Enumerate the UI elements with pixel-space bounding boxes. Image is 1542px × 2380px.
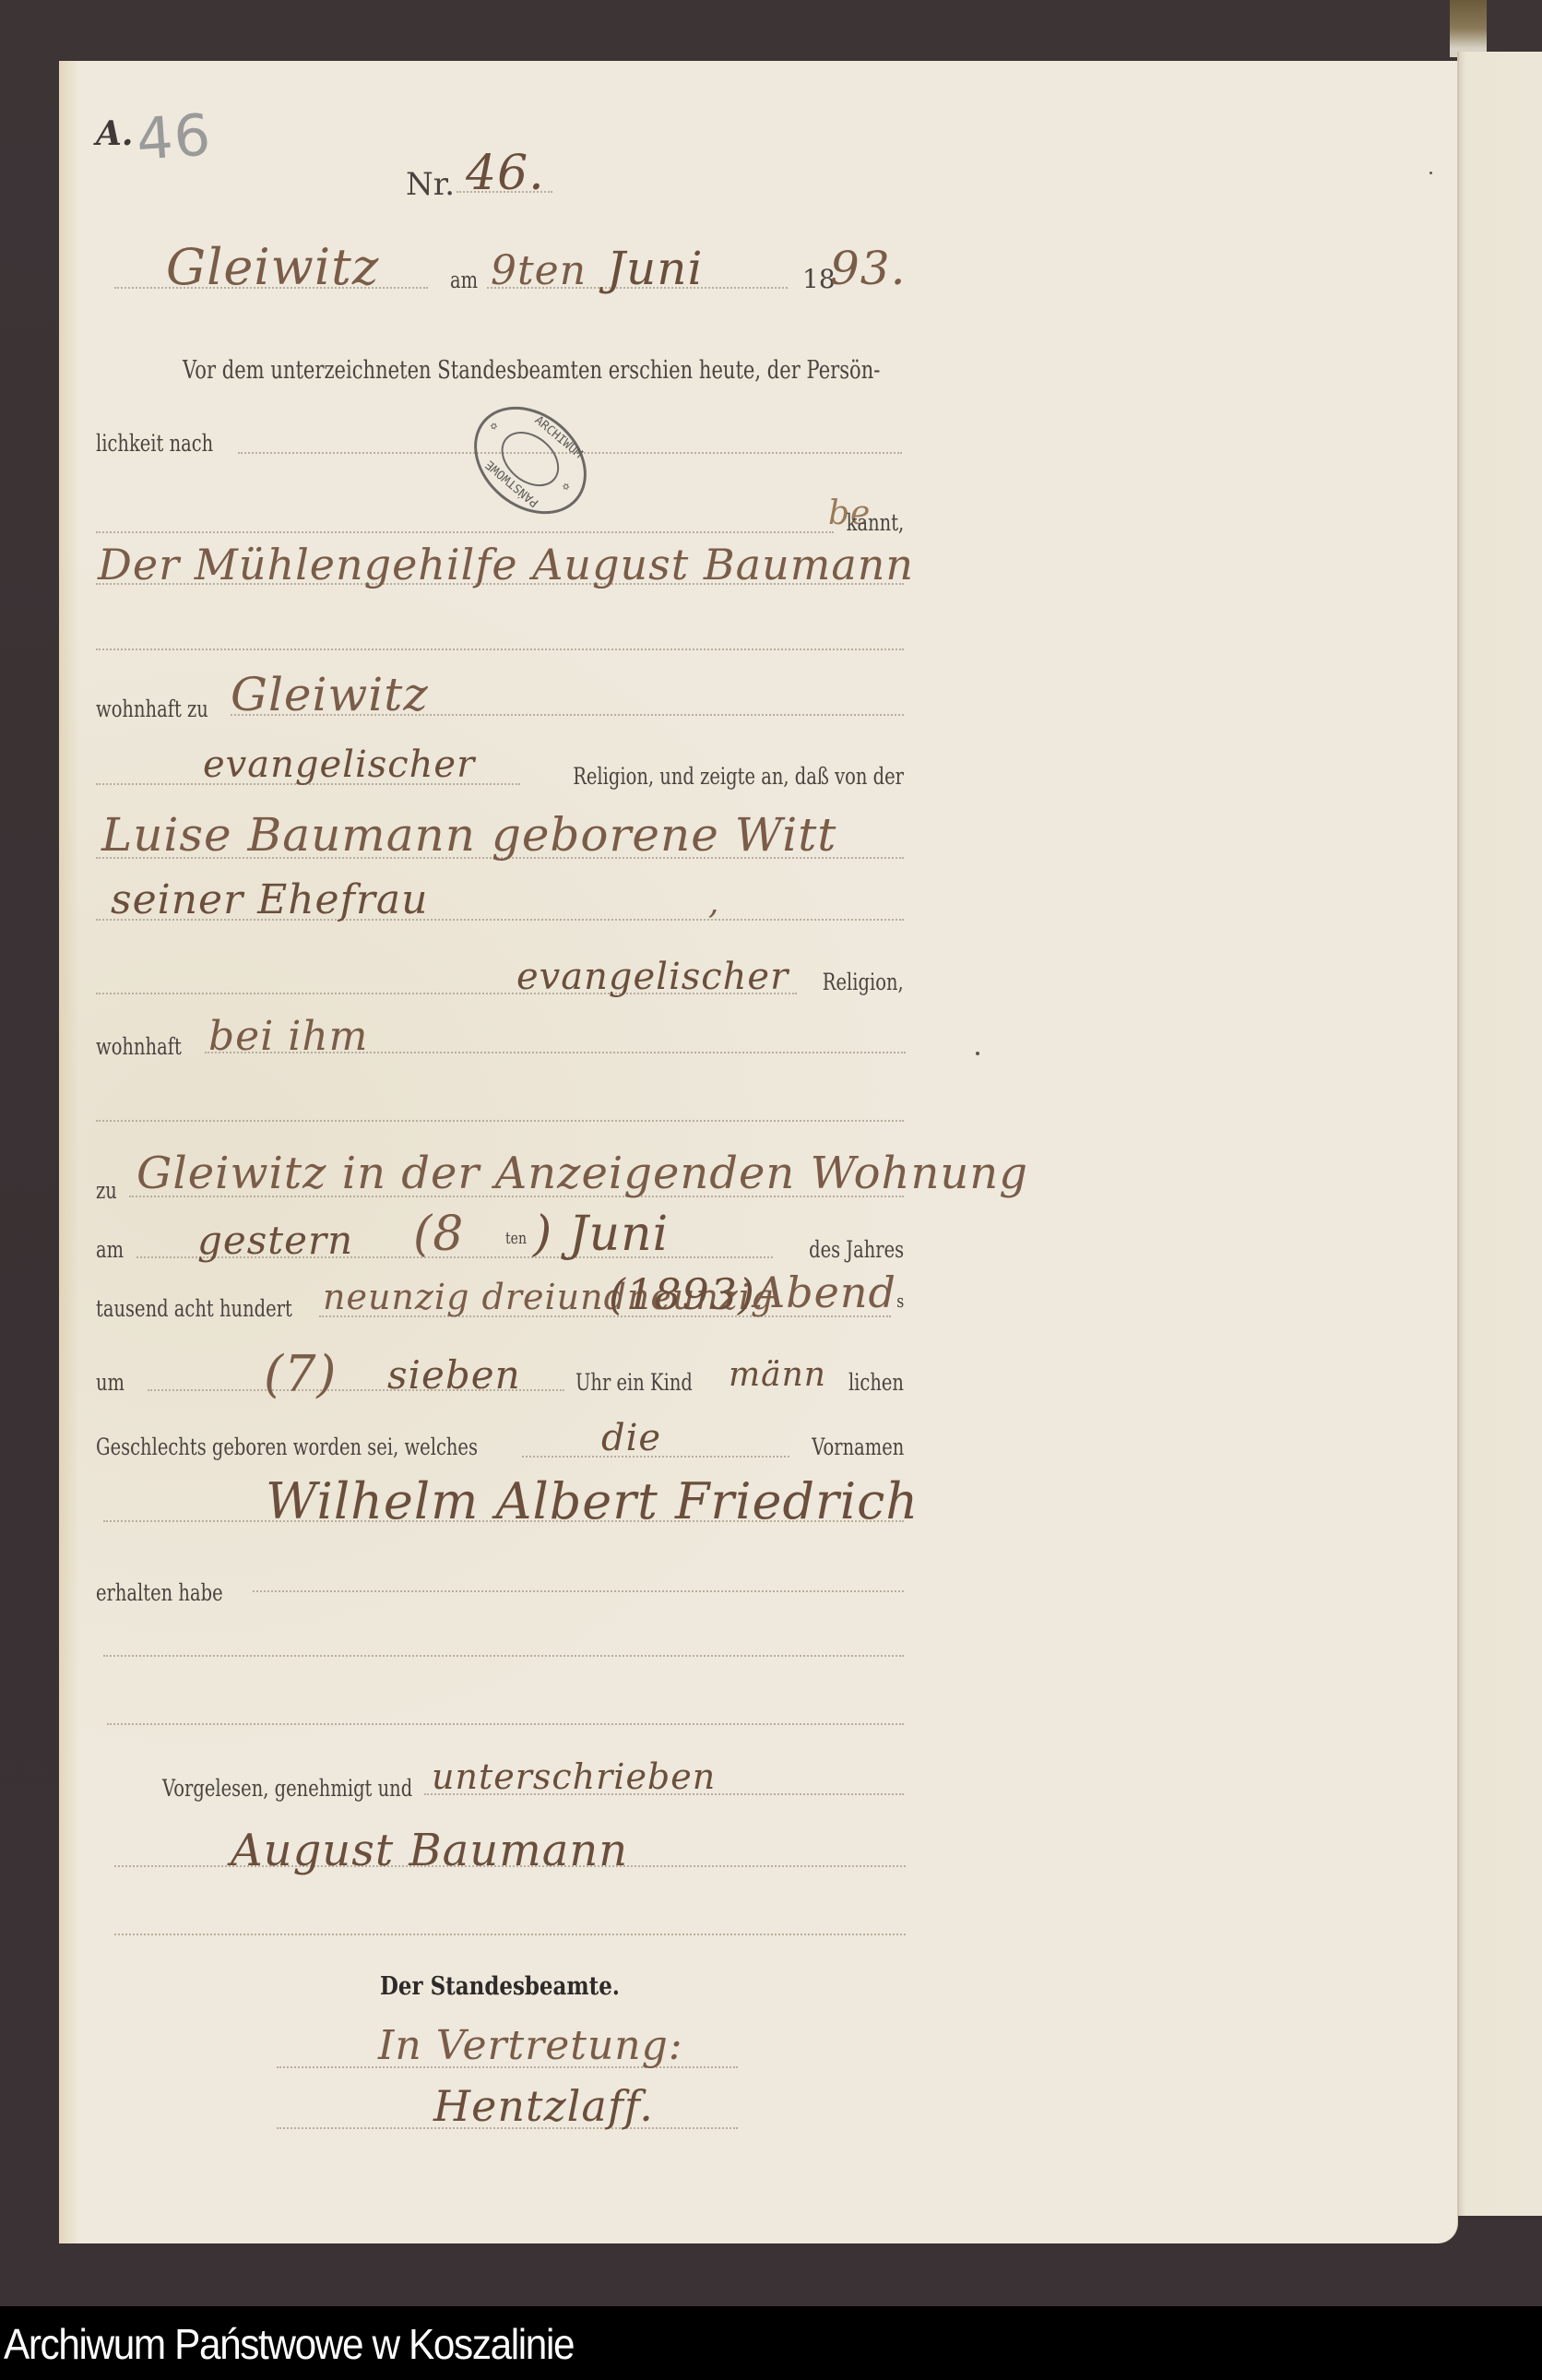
birth-place: Gleiwitz in der Anzeigenden Wohnung <box>136 1148 1028 1199</box>
um-label: um <box>96 1369 125 1396</box>
informant-signature: August Baumann <box>231 1825 628 1876</box>
blank-line <box>103 1655 904 1657</box>
am-label: am <box>96 1236 124 1263</box>
signed-word: unterschrieben <box>432 1756 716 1797</box>
uhr-ein-kind-label: Uhr ein Kind <box>575 1369 693 1396</box>
paper-speck <box>1429 172 1432 174</box>
mother-relation: seiner Ehefrau <box>111 876 428 923</box>
lichen-label: lichen <box>848 1369 904 1396</box>
record-number-line <box>457 191 552 193</box>
birth-day-word: gestern <box>197 1218 353 1263</box>
wohnhaft-zu-label: wohnhaft zu <box>96 696 208 722</box>
birth-hour-number: (7) <box>264 1345 338 1403</box>
stamp-star-icon: ✡ <box>486 419 501 434</box>
erkannt-suffix: kannt, <box>846 509 904 536</box>
lichkeit-nach-label: lichkeit nach <box>96 430 213 457</box>
tausend-label: tausend acht hundert <box>96 1295 292 1322</box>
given-names: Wilhelm Albert Friedrich <box>266 1472 919 1530</box>
intro-text: Vor dem unterzeichneten Standesbeamten e… <box>183 356 880 385</box>
registrar-line1: In Vertretung: <box>378 2022 683 2069</box>
archive-banner: Archiwum Państwowe w Koszalinie <box>0 2306 1542 2380</box>
archive-name: Archiwum Państwowe w Koszalinie <box>4 2319 574 2369</box>
blank-line <box>114 1934 906 1935</box>
mother-religion: evangelischer <box>516 956 789 998</box>
mother-comma: , <box>708 884 719 922</box>
mother-name: Luise Baumann geborene Witt <box>101 808 836 862</box>
blank-line <box>96 649 904 650</box>
geschlechts-label: Geschlechts geboren worden sei, welches <box>96 1434 478 1460</box>
birth-day-number: (8 <box>413 1207 464 1262</box>
erhalten-line <box>253 1590 904 1592</box>
date-day: 9ten <box>491 247 587 294</box>
vornamen-label: Vornamen <box>812 1434 904 1460</box>
blank-line <box>107 1723 904 1725</box>
des-jahres-label: des Jahres <box>809 1236 904 1263</box>
record-number-label: Nr. <box>406 166 455 203</box>
religion-label: Religion, <box>823 969 904 995</box>
wohnhaft-label: wohnhaft <box>96 1033 182 1060</box>
place-name: Gleiwitz <box>166 238 379 296</box>
mother-residence: bei ihm <box>208 1013 368 1060</box>
record-number: 46. <box>466 146 545 201</box>
registrar-title: Der Standesbeamte. <box>380 1972 620 2001</box>
erhalten-habe-label: erhalten habe <box>96 1579 223 1606</box>
erkannt-line <box>96 531 834 533</box>
stamp-star-icon: ✡ <box>558 480 573 495</box>
binding-thread <box>1450 0 1487 57</box>
birth-time-of-day: Abend <box>754 1267 896 1317</box>
form-letter: A. <box>96 114 133 153</box>
birth-year-number: (1893) <box>609 1269 755 1319</box>
name-pronoun: die <box>601 1417 661 1459</box>
year-suffix: 93. <box>830 242 907 295</box>
informant-religion: evangelischer <box>203 744 475 786</box>
pencil-page-number: 46 <box>135 101 214 173</box>
birth-day-suffix: ten <box>505 1229 527 1248</box>
birth-month: ) Juni <box>533 1207 669 1262</box>
informant-name: Der Mühlengehilfe August Baumann <box>98 540 914 589</box>
religion-zeigte-text: Religion, und zeigte an, daß von der <box>573 763 904 790</box>
vorgelesen-label: Vorgelesen, genehmigt und <box>162 1775 412 1802</box>
date-am-label: am <box>450 267 478 293</box>
date-month: Juni <box>607 242 703 295</box>
blank-line <box>96 1120 904 1122</box>
registrar-line2: Hentzlaff. <box>433 2081 654 2131</box>
adjacent-page-edge <box>1457 52 1542 2216</box>
abends-suffix: s <box>896 1290 904 1312</box>
zu-label: zu <box>96 1177 117 1204</box>
child-sex: männ <box>729 1356 826 1394</box>
paper-speck <box>976 1052 979 1055</box>
informant-residence: Gleiwitz <box>231 668 429 721</box>
birth-hour-word: sieben <box>387 1352 521 1398</box>
